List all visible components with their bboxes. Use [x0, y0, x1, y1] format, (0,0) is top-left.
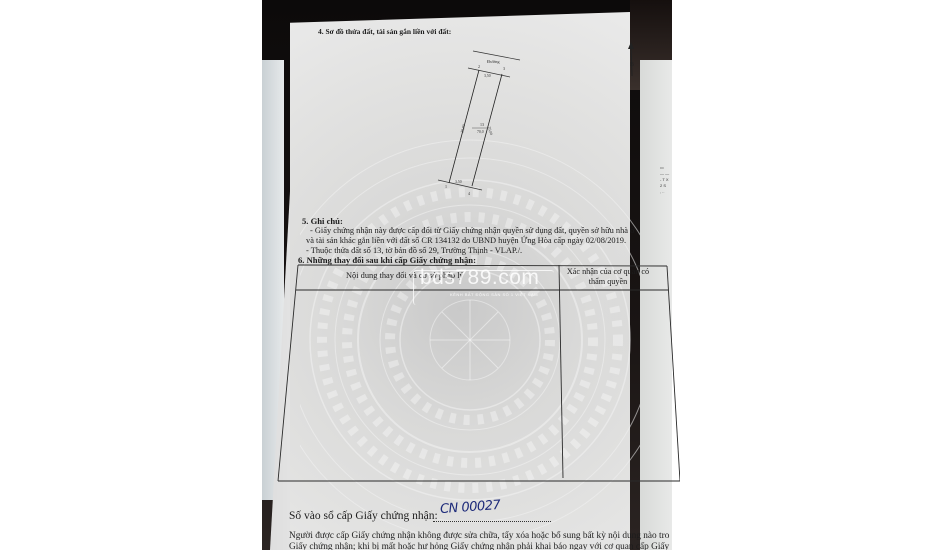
land-plot-diagram: Đường 2 3 1 4 3,50 3,50 20,00 20,00 13 7…	[420, 45, 540, 195]
watermark-tagline: KÊNH BẤT ĐỘNG SẢN SỐ 1 VIỆT NAM	[450, 292, 538, 297]
note-line-1: - Giấy chứng nhận này được cấp đổi từ Gi…	[310, 226, 635, 235]
north-arrow-icon: B	[622, 40, 642, 80]
footer-line-2: Giấy chứng nhận; khi bị mất hoặc hư hỏng…	[289, 542, 669, 550]
svg-text:70,0: 70,0	[477, 130, 484, 135]
registration-dotted-line	[433, 521, 551, 522]
svg-text:4: 4	[468, 191, 470, 195]
svg-text:2: 2	[478, 64, 480, 69]
svg-text:1: 1	[445, 184, 447, 189]
svg-text:13: 13	[480, 122, 484, 127]
section-5-title: 5. Ghi chú:	[302, 216, 343, 226]
section-4-title: 4. Sơ đồ thửa đất, tài sản gắn liền với …	[318, 27, 451, 36]
registration-label: Số vào sổ cấp Giấy chứng nhận:	[289, 510, 438, 522]
svg-text:3: 3	[503, 66, 505, 71]
svg-text:3,50: 3,50	[484, 74, 491, 79]
background-document-fragment: ▭— —- T X2 S, ..	[660, 165, 674, 205]
watermark-logo: bds789.com	[420, 266, 539, 290]
road-label: Đường	[487, 59, 500, 64]
svg-text:20,00: 20,00	[460, 124, 467, 134]
footer-line-1: Người được cấp Giấy chứng nhận không đượ…	[289, 531, 669, 541]
note-line-2: và tài sản khác gắn liền với đất số CR 1…	[306, 236, 626, 245]
note-line-3: - Thuộc thửa đất số 13, tờ bản đồ số 29,…	[306, 246, 522, 255]
svg-text:B: B	[630, 62, 634, 68]
table-header-authority-confirmation: Xác nhận của cơ quan có thẩm quyền	[558, 267, 658, 287]
